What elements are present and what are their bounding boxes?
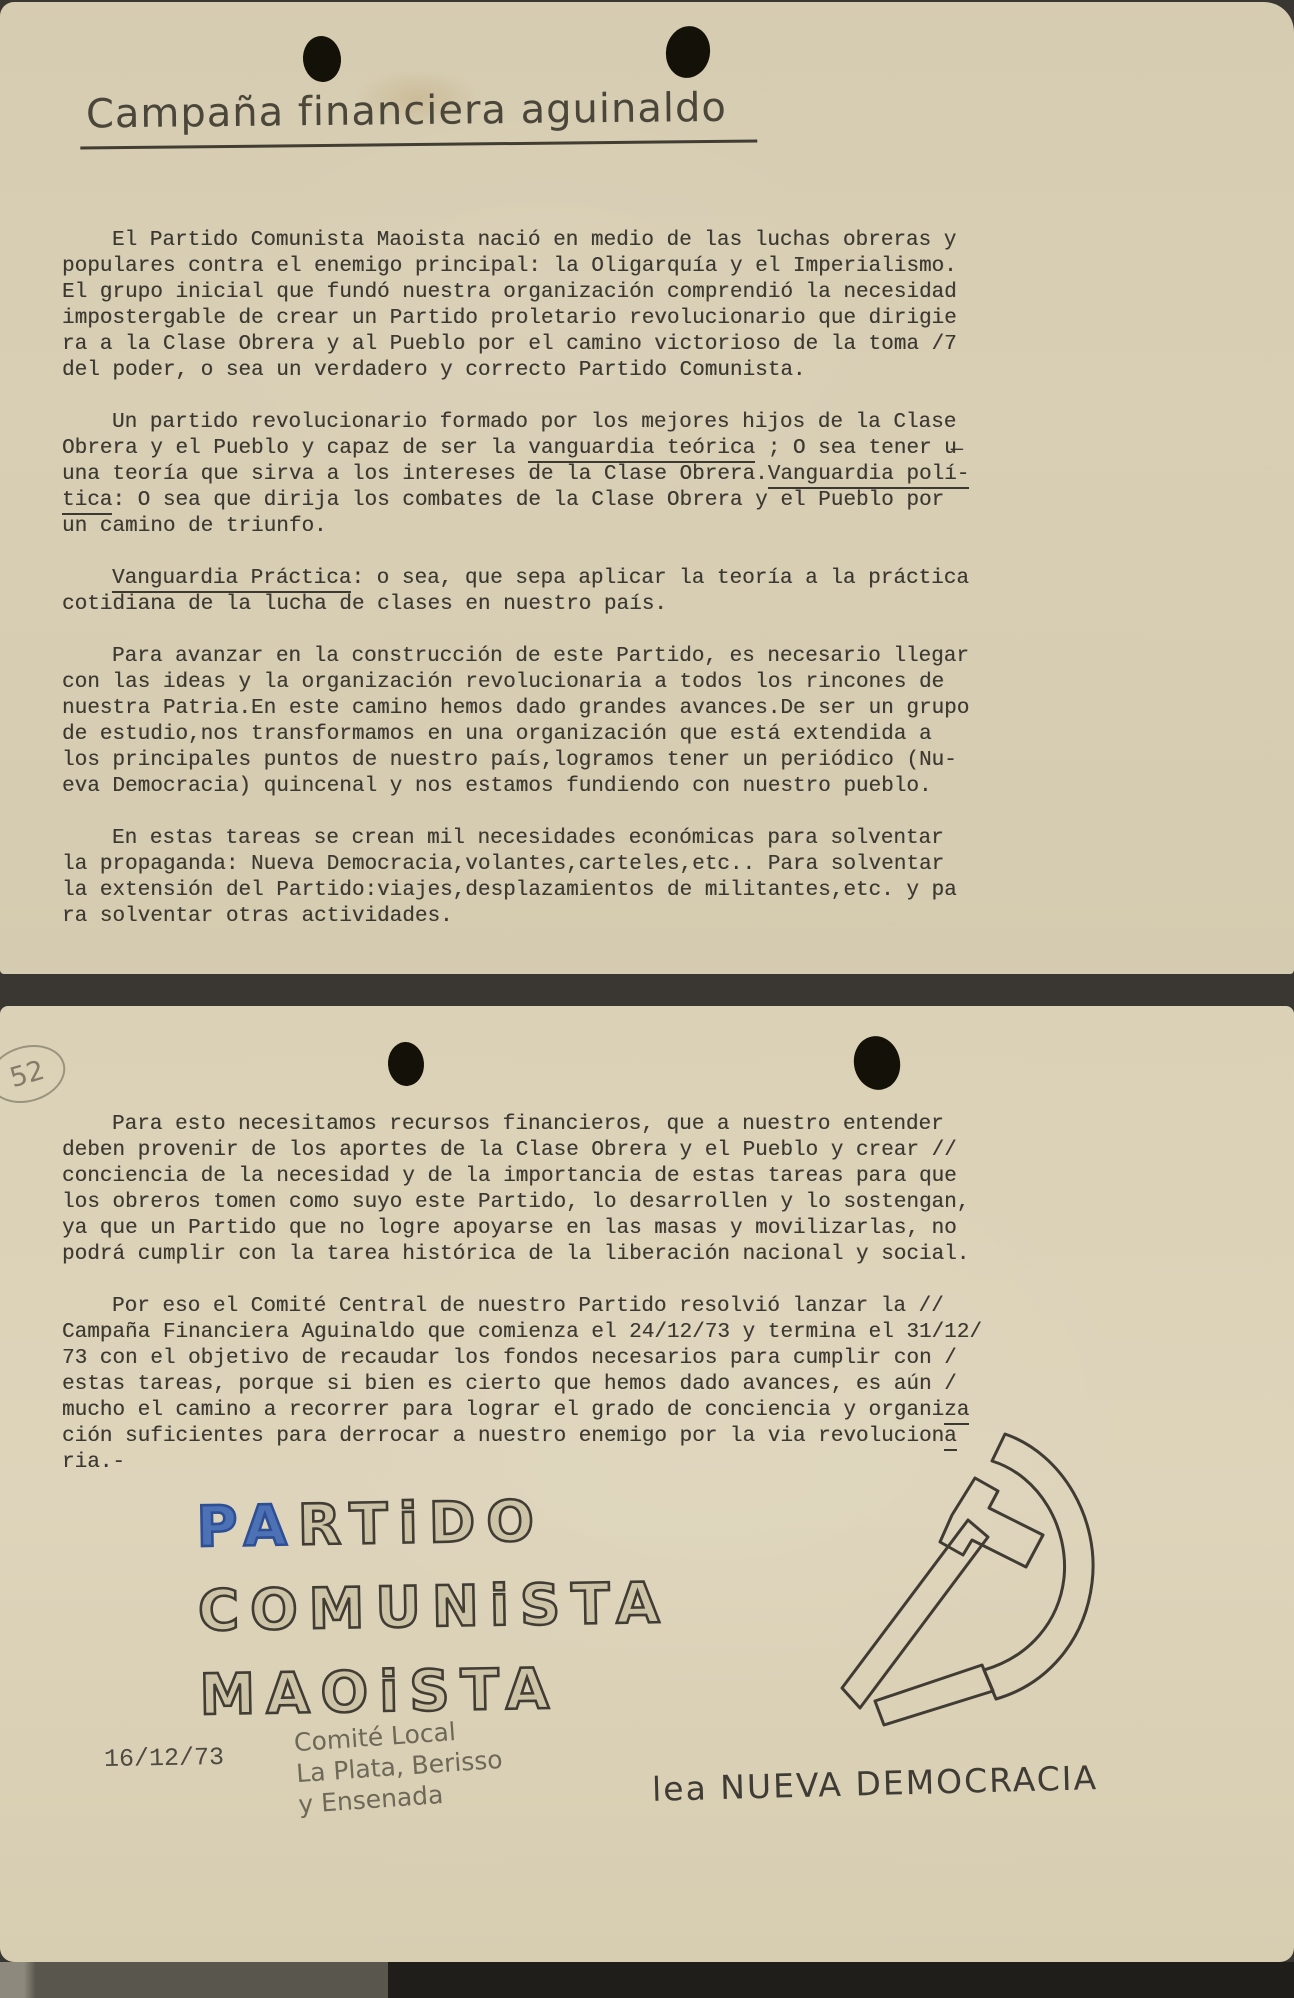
text-line: podrá cumplir con la tarea histórica de … <box>62 1242 1072 1268</box>
punch-hole-icon <box>301 34 344 84</box>
scan-edge <box>0 1962 1294 1998</box>
text-line: PARTiDO <box>196 1478 670 1570</box>
text-line: El grupo inicial que fundó nuestra organ… <box>62 280 1072 306</box>
text-line: conciencia de la necesidad y de la impor… <box>62 1164 1072 1190</box>
text-line: Obrera y el Pueblo y capaz de ser la van… <box>62 436 1072 462</box>
text-line: En estas tareas se crean mil necesidades… <box>62 826 1072 852</box>
page-number-annotation: 52 <box>0 1036 72 1111</box>
text-line: la extensión del Partido:viajes,desplaza… <box>62 878 1072 904</box>
text-line: impostergable de crear un Partido prolet… <box>62 306 1072 332</box>
punch-hole-icon <box>387 1041 426 1087</box>
party-logo: PARTiDOCOMUNiSTAMAOiSTA <box>196 1478 673 1738</box>
text-line: tica: O sea que dirija los combates de l… <box>62 488 1072 514</box>
text-line: El Partido Comunista Maoista nació en me… <box>62 228 1072 254</box>
punch-hole-icon <box>662 23 714 82</box>
text-line: Un partido revolucionario formado por lo… <box>62 410 1072 436</box>
text-line: ra a la Clase Obrera y al Pueblo por el … <box>62 332 1072 358</box>
page-2: 52 Para esto necesitamos recursos financ… <box>0 1006 1294 1962</box>
text-line: la propaganda: Nueva Democracia,volantes… <box>62 852 1072 878</box>
page-1-text: El Partido Comunista Maoista nació en me… <box>62 228 1072 956</box>
text-line: Por eso el Comité Central de nuestro Par… <box>62 1294 1072 1320</box>
scan-edge-right <box>388 1962 1294 1998</box>
text-line: una teoría que sirva a los intereses de … <box>62 462 1072 488</box>
scanned-document: Campaña financiera aguinaldo El Partido … <box>0 0 1294 1998</box>
text-line: un camino de triunfo. <box>62 514 1072 540</box>
text-line: Para avanzar en la construcción de este … <box>62 644 1072 670</box>
text-line: los principales puntos de nuestro país,l… <box>62 748 1072 774</box>
page-1: Campaña financiera aguinaldo El Partido … <box>0 2 1294 974</box>
text-line: eva Democracia) quincenal y nos estamos … <box>62 774 1072 800</box>
paragraph: En estas tareas se crean mil necesidades… <box>62 826 1072 930</box>
text-line: los obreros tomen como suyo este Partido… <box>62 1190 1072 1216</box>
text-line: Para esto necesitamos recursos financier… <box>62 1112 1072 1138</box>
slogan: lea NUEVA DEMOCRACIA <box>652 1758 1099 1809</box>
text-line: ya que un Partido que no logre apoyarse … <box>62 1216 1072 1242</box>
text-line: 73 con el objetivo de recaudar los fondo… <box>62 1346 1072 1372</box>
paragraph: Para esto necesitamos recursos financier… <box>62 1112 1072 1268</box>
scan-edge-left <box>0 1962 388 1998</box>
text-line: Campaña Financiera Aguinaldo que comienz… <box>62 1320 1072 1346</box>
text-line: nuestra Patria.En este camino hemos dado… <box>62 696 1072 722</box>
text-line: COMUNiSTA <box>197 1562 671 1654</box>
text-line: deben provenir de los aportes de la Clas… <box>62 1138 1072 1164</box>
paragraph: El Partido Comunista Maoista nació en me… <box>62 228 1072 384</box>
text-line: populares contra el enemigo principal: l… <box>62 254 1072 280</box>
text-line: de estudio,nos transformamos en una orga… <box>62 722 1072 748</box>
text-line: estas tareas, porque si bien es cierto q… <box>62 1372 1072 1398</box>
paragraph: Para avanzar en la construcción de este … <box>62 644 1072 800</box>
date: 16/12/73 <box>104 1743 225 1774</box>
page-title: Campaña financiera aguinaldo <box>80 84 757 149</box>
text-line: con las ideas y la organización revoluci… <box>62 670 1072 696</box>
text-line: ra solventar otras actividades. <box>62 904 1072 930</box>
text-line: cotidiana de la lucha de clases en nuest… <box>62 592 1072 618</box>
text-line: Vanguardia Práctica: o sea, que sepa apl… <box>62 566 1072 592</box>
hammer-sickle-icon <box>800 1418 1140 1738</box>
punch-hole-icon <box>849 1032 905 1094</box>
page-number-text: 52 <box>6 1054 48 1093</box>
text-line: del poder, o sea un verdadero y correcto… <box>62 358 1072 384</box>
paragraph: Un partido revolucionario formado por lo… <box>62 410 1072 540</box>
committee-note: Comité Local La Plata, Berisso y Ensenad… <box>293 1713 506 1820</box>
paragraph: Vanguardia Práctica: o sea, que sepa apl… <box>62 566 1072 618</box>
